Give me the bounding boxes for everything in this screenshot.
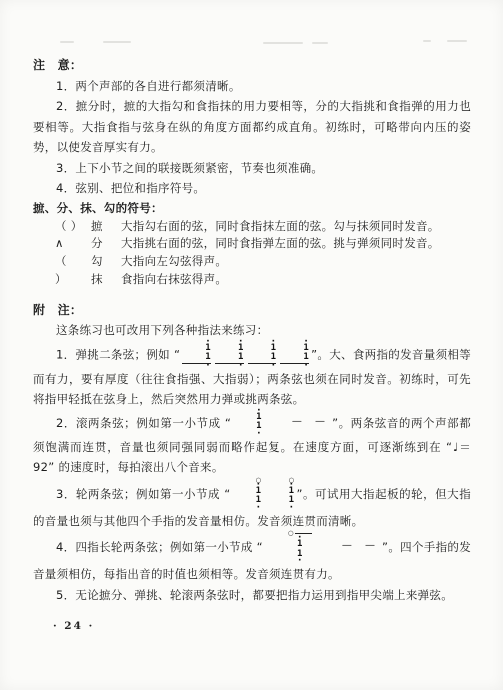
- jianpu-notation-lun: ○·11·○·11·: [233, 477, 295, 510]
- notation-chord: ·11·: [233, 409, 262, 436]
- appendix-heading: 附 注：: [33, 300, 471, 321]
- jianpu-notation-gun: ·11·— —: [233, 409, 330, 436]
- notation-dashes: — —: [269, 412, 330, 433]
- symbol-name: 摭: [91, 218, 121, 236]
- notation-chord: ○·11·: [233, 477, 262, 510]
- page-number: · 24 ·: [53, 620, 94, 632]
- notation-chord: ·11·: [280, 340, 309, 368]
- symbol-row-fen: ∧ 分 大指挑右面的弦，同时食指弹左面的弦。挑与弹须同时发音。: [55, 235, 471, 253]
- symbol-row-zhi: （ ） 摭 大指勾右面的弦，同时食指抹左面的弦。勾与抹须同时发音。: [55, 218, 471, 236]
- scan-artifact: [60, 41, 74, 43]
- symbol-description: 大指勾右面的弦，同时食指抹左面的弦。勾与抹须同时发音。: [121, 218, 471, 236]
- notation-chord: ·11·: [248, 340, 277, 368]
- symbols-table: （ ） 摭 大指勾右面的弦，同时食指抹左面的弦。勾与抹须同时发音。 ∧ 分 大指…: [55, 218, 471, 289]
- appendix-item-5: 5．无论摭分、弹挑、轮滚两条弦时，都要把指力运用到指甲尖端上来弹弦。: [33, 585, 471, 606]
- notation-chord: ·11·: [182, 340, 211, 368]
- notation-chord: ○·11·: [266, 477, 295, 510]
- notes-item-3: 3．上下小节之间的联接既须紧密，节奏也须准确。: [33, 158, 471, 179]
- text-before-notation: 4．四指长轮两条弦；例如第一小节成 “: [56, 540, 263, 554]
- notation-chord: ○·11·: [265, 530, 312, 563]
- symbol-mark: （: [55, 253, 91, 271]
- scan-artifact: [103, 41, 131, 43]
- jianpu-notation-changlun: ○·11·— —: [265, 530, 380, 563]
- appendix-item-2: 2．滚两条弦；例如第一小节成 “·11·— —”。两条弦音的两个声部都须饱满而连…: [33, 410, 471, 478]
- symbol-name: 分: [91, 235, 121, 253]
- symbol-description: 大指向左勾弦得声。: [121, 253, 471, 271]
- scan-artifact: [423, 40, 431, 42]
- notes-item-4: 4．弦别、把位和指序符号。: [33, 178, 471, 199]
- symbol-name: 抹: [91, 271, 121, 289]
- appendix-item-1: 1．弹挑二条弦；例如 “·11··11··11··11·”。大、食两指的发音量须…: [33, 341, 471, 410]
- document-page: 注 意： 1．两个声部的各自进行都须清晰。 2．摭分时，摭的大指勾和食指抹的用力…: [0, 0, 503, 690]
- appendix-intro: 这条练习也可改用下列各种指法来练习：: [33, 320, 471, 341]
- appendix-item-3: 3．轮两条弦；例如第一小节成 “○·11·○·11·”。可试用大指起板的轮，但大…: [33, 478, 471, 532]
- notation-dashes: — —: [319, 536, 380, 557]
- symbol-mark: ∧: [55, 235, 91, 253]
- symbol-row-gou: （ 勾 大指向左勾弦得声。: [55, 253, 471, 271]
- symbol-mark: ）: [55, 271, 91, 289]
- scan-artifact: [447, 40, 467, 42]
- notation-chord: ·11·: [215, 340, 244, 368]
- appendix-item-4: 4．四指长轮两条弦；例如第一小节成 “○·11·— —”。四个手指的发音量须相仿…: [33, 531, 471, 585]
- scan-artifact: [312, 42, 328, 44]
- jianpu-notation-tan-tiao: ·11··11··11··11·: [182, 340, 309, 368]
- text-before-notation: 2．滚两条弦；例如第一小节成 “: [56, 416, 231, 430]
- symbol-name: 勾: [91, 253, 121, 271]
- page-content: 注 意： 1．两个声部的各自进行都须清晰。 2．摭分时，摭的大指勾和食指抹的用力…: [33, 55, 471, 605]
- symbol-description: 食指向右抹弦得声。: [121, 271, 471, 289]
- symbol-description: 大指挑右面的弦，同时食指弹左面的弦。挑与弹须同时发音。: [121, 235, 471, 253]
- notes-item-1: 1．两个声部的各自进行都须清晰。: [33, 76, 471, 97]
- text-before-notation: 3．轮两条弦；例如第一小节成 “: [56, 487, 231, 501]
- symbol-row-mo: ） 抹 食指向右抹弦得声。: [55, 271, 471, 289]
- text-before-notation: 1．弹挑二条弦；例如 “: [56, 347, 180, 361]
- scan-artifact: [263, 42, 303, 44]
- appendix-section: 附 注： 这条练习也可改用下列各种指法来练习： 1．弹挑二条弦；例如 “·11·…: [33, 300, 471, 606]
- symbols-heading: 摭、分、抹、勾的符号：: [33, 199, 471, 218]
- symbol-mark: （ ）: [55, 218, 91, 236]
- notes-item-2: 2．摭分时，摭的大指勾和食指抹的用力要相等，分的大指挑和食指弹的用力也要相等。大…: [33, 96, 471, 158]
- notes-heading: 注 意：: [33, 55, 471, 76]
